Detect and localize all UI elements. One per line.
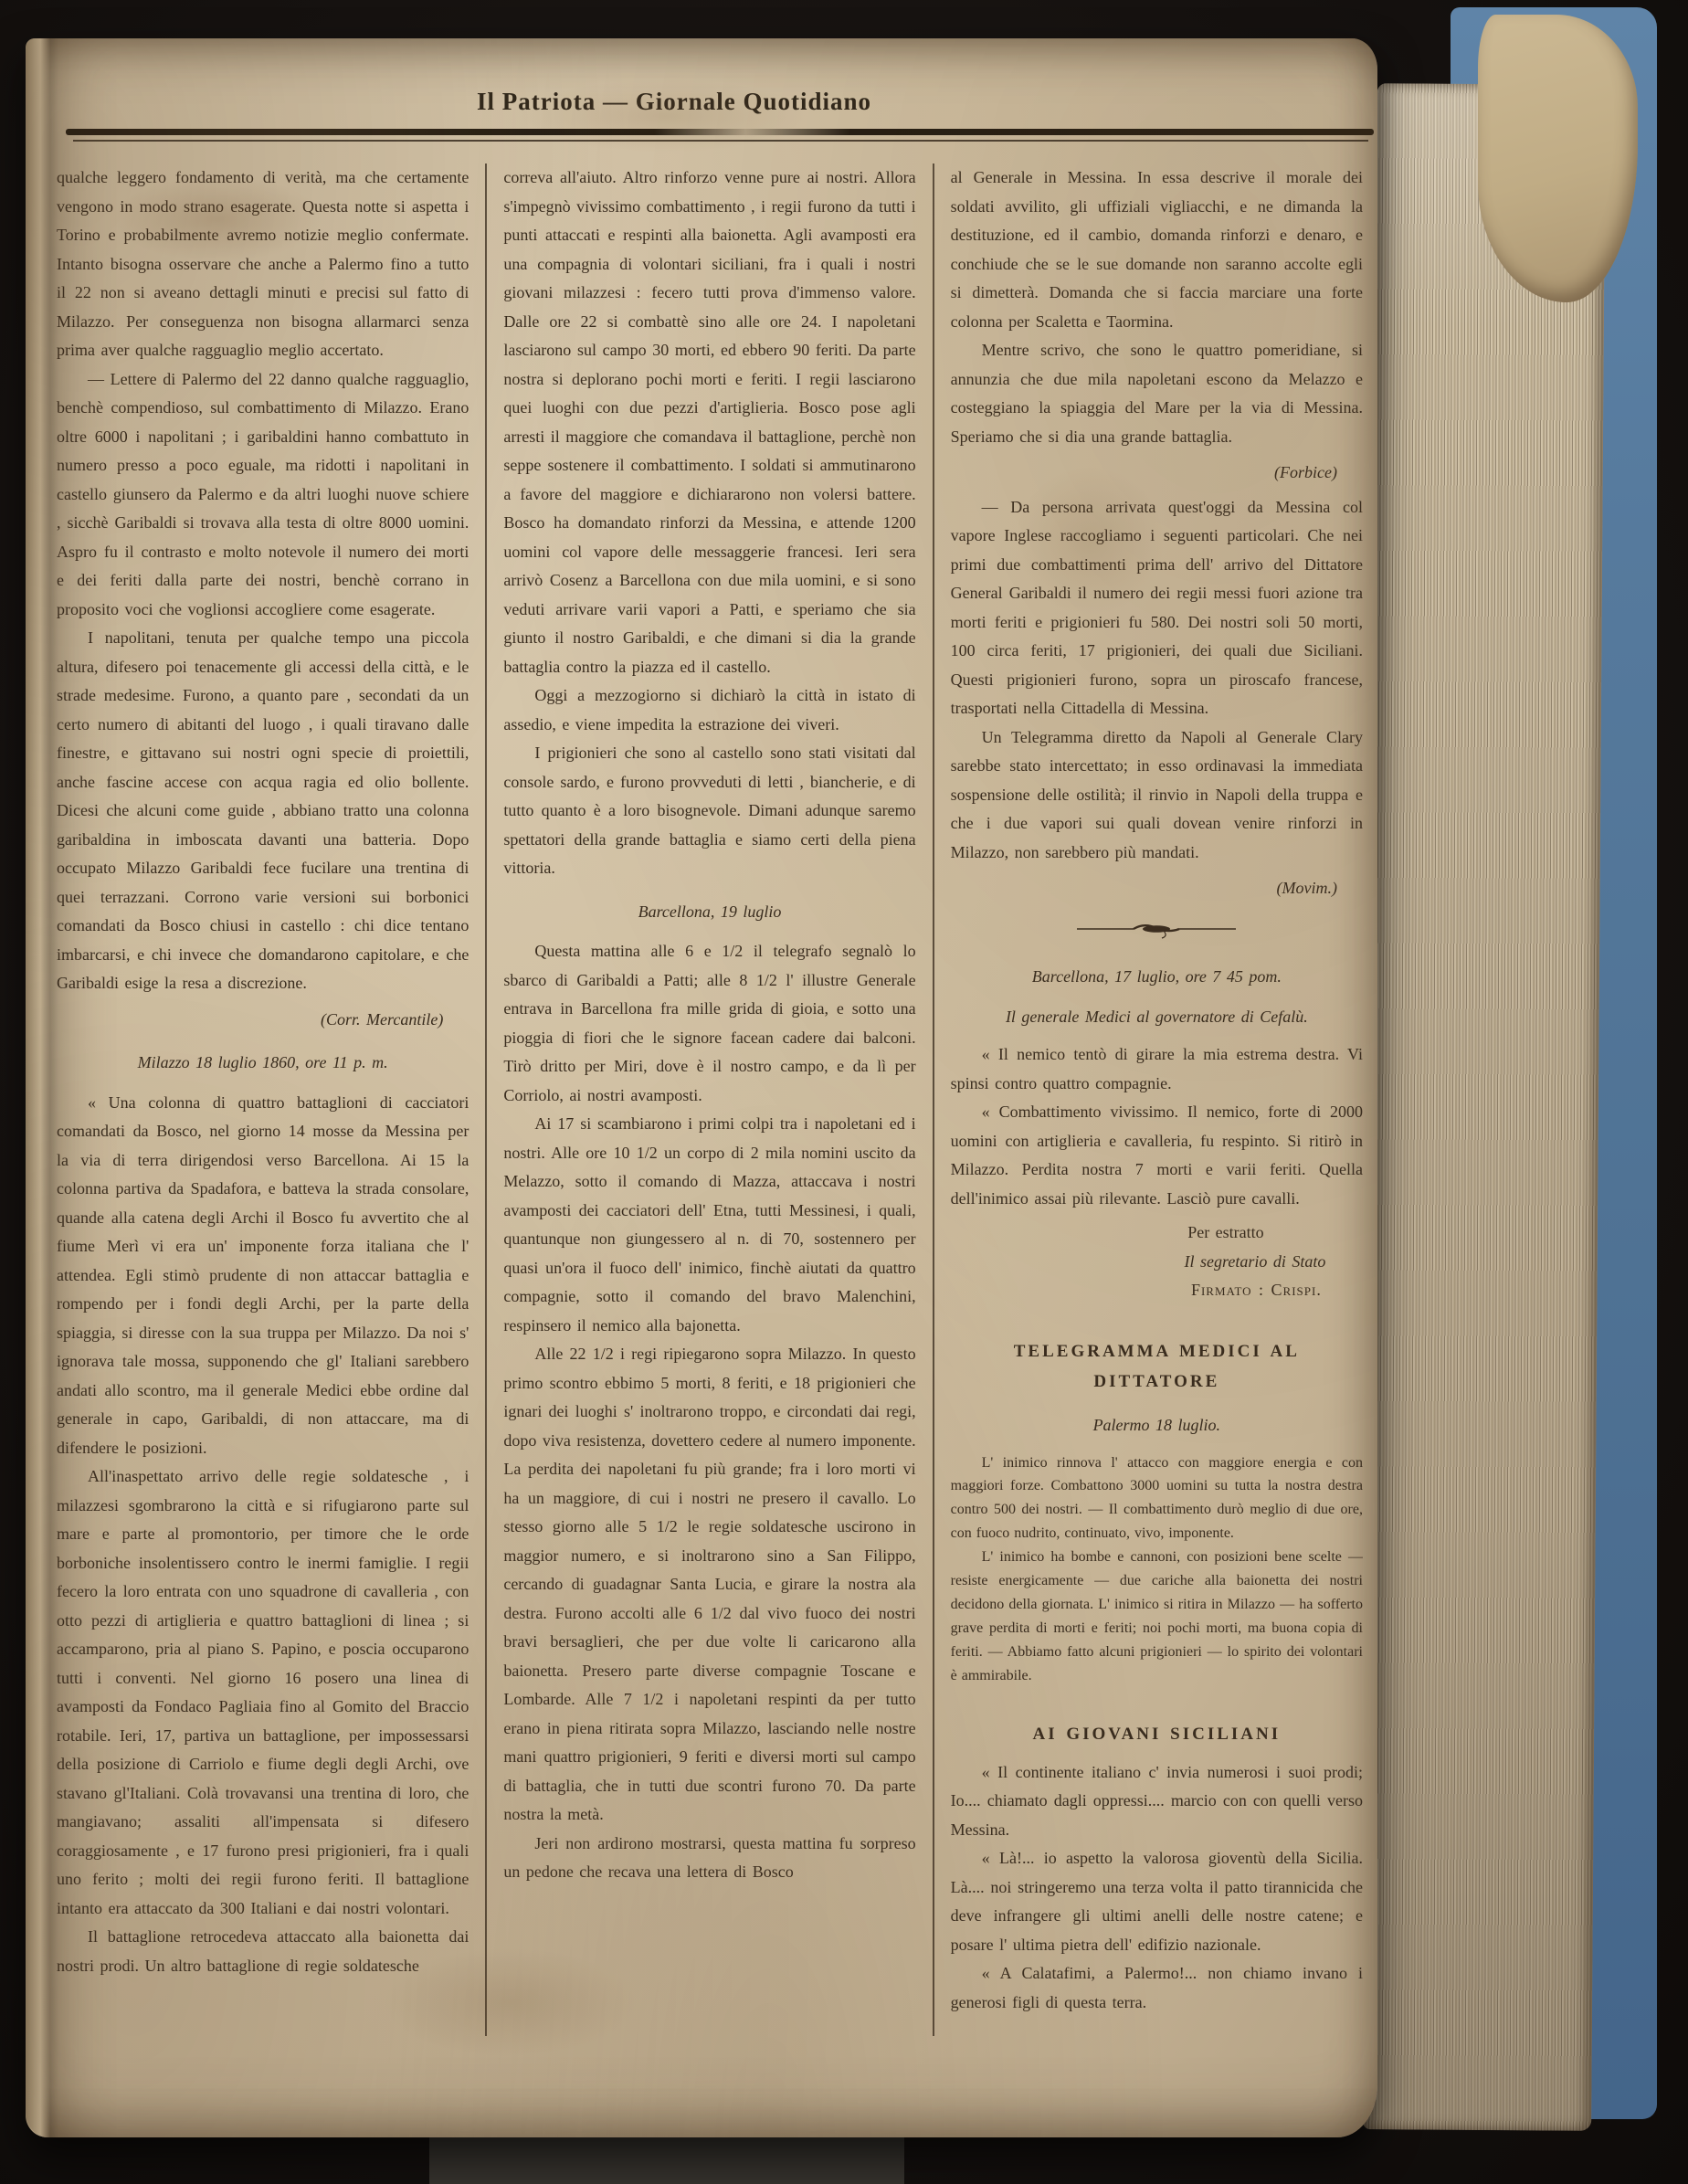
- block-para: Ai 17 si scambiarono i primi colpi tra i…: [503, 1110, 915, 1340]
- block-para: I prigionieri che sono al castello sono …: [503, 739, 915, 883]
- section-divider: [951, 920, 1363, 949]
- column-2: correva all'aiuto. Altro rinforzo venne …: [485, 164, 934, 2036]
- block-para: « A Calatafimi, a Palermo!... non chiamo…: [951, 1959, 1363, 2017]
- column-1: qualche leggero fondamento di verità, ma…: [57, 164, 485, 2036]
- block-para-flush: al Generale in Messina. In essa descrive…: [951, 164, 1363, 336]
- block-closing-italic: Il segretario di Stato: [951, 1248, 1363, 1277]
- block-para-small: L' inimico rinnova l' attacco con maggio…: [951, 1451, 1363, 1546]
- block-closing-sc: Firmato : Crispi.: [951, 1276, 1363, 1305]
- block-para: Il battaglione retrocedeva attaccato all…: [57, 1923, 469, 1980]
- block-para: — Lettere di Palermo del 22 danno qualch…: [57, 365, 469, 625]
- block-para: — Da persona arrivata quest'oggi da Mess…: [951, 493, 1363, 723]
- block-para: Alle 22 1/2 i regi ripiegarono sopra Mil…: [503, 1340, 915, 1830]
- block-para: All'inaspettato arrivo delle regie solda…: [57, 1462, 469, 1923]
- block-para: I napolitani, tenuta per qualche tempo u…: [57, 624, 469, 998]
- photograph-backdrop: { "masthead": { "title": "Il Patriota — …: [0, 0, 1688, 2184]
- block-attribution: (Forbice): [951, 459, 1363, 488]
- section-divider-icon: [1070, 921, 1243, 939]
- masthead-title: Il Patriota — Giornale Quotidiano: [0, 88, 1350, 116]
- newspaper-page: Il Patriota — Giornale Quotidiano qualch…: [26, 38, 1377, 2137]
- block-para: « Là!... io aspetto la valorosa gioventù…: [951, 1844, 1363, 1959]
- column-3: al Generale in Messina. In essa descrive…: [934, 164, 1363, 2036]
- block-para-small: L' inimico ha bombe e cannoni, con posiz…: [951, 1546, 1363, 1687]
- book-fore-edge-pages: [1363, 83, 1606, 2131]
- block-attribution: (Movim.): [951, 874, 1363, 903]
- masthead-rule-thick: [66, 129, 1374, 135]
- block-dateline: Palermo 18 luglio.: [951, 1411, 1363, 1440]
- block-para: « Il continente italiano c' invia numero…: [951, 1758, 1363, 1845]
- block-closing: Per estratto: [951, 1219, 1363, 1248]
- block-dateline: Milazzo 18 luglio 1860, ore 11 p. m.: [57, 1049, 469, 1078]
- block-attribution: (Corr. Mercantile): [57, 1006, 469, 1035]
- block-para: « Una colonna di quattro battaglioni di …: [57, 1089, 469, 1463]
- block-para: « Combattimento vivissimo. Il nemico, fo…: [951, 1098, 1363, 1213]
- block-center-italic: Il generale Medici al governatore di Cef…: [951, 1003, 1363, 1032]
- block-para: Jeri non ardirono mostrarsi, questa matt…: [503, 1830, 915, 1887]
- block-dateline: Barcellona, 17 luglio, ore 7 45 pom.: [951, 963, 1363, 992]
- masthead: Il Patriota — Giornale Quotidiano: [26, 38, 1377, 142]
- block-para-flush: correva all'aiuto. Altro rinforzo venne …: [503, 164, 915, 681]
- block-para: « Il nemico tentò di girare la mia estre…: [951, 1040, 1363, 1098]
- block-para: Questa mattina alle 6 e 1/2 il telegrafo…: [503, 937, 915, 1110]
- block-para: Un Telegramma diretto da Napoli al Gener…: [951, 723, 1363, 868]
- block-para: Oggi a mezzogiorno si dichiarò la città …: [503, 681, 915, 739]
- block-para: Mentre scrivo, che sono le quattro pomer…: [951, 336, 1363, 451]
- block-para-flush: qualche leggero fondamento di verità, ma…: [57, 164, 469, 365]
- block-dateline: Barcellona, 19 luglio: [503, 898, 915, 927]
- block-heading: AI GIOVANI SICILIANI: [951, 1719, 1363, 1749]
- columns-container: qualche leggero fondamento di verità, ma…: [57, 164, 1363, 2036]
- block-heading: TELEGRAMMA MEDICI AL DITTATORE: [951, 1336, 1363, 1398]
- torn-paper-fragment: [1478, 15, 1638, 302]
- masthead-rule-thin: [73, 140, 1368, 142]
